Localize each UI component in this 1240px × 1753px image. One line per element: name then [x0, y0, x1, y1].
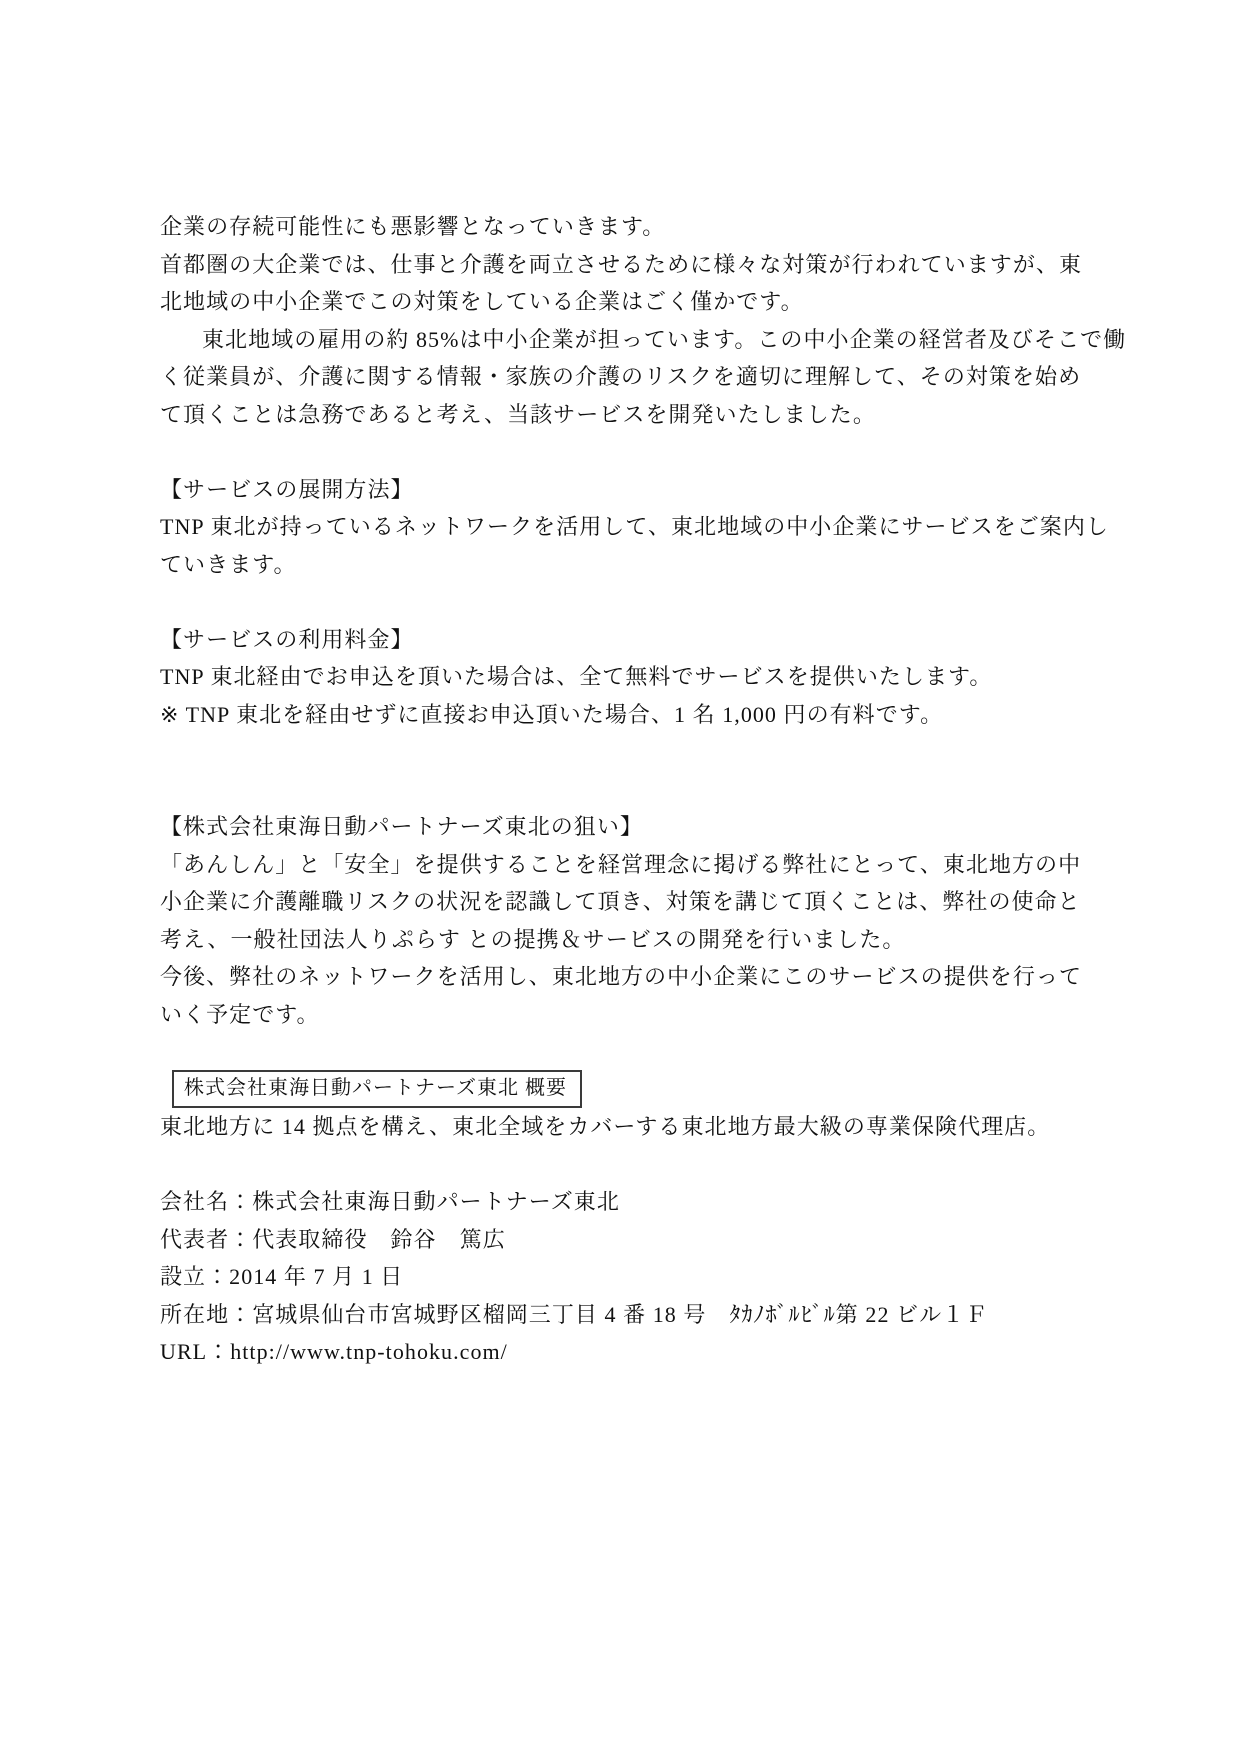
- company-overview-description: 東北地方に 14 拠点を構え、東北全域をカバーする東北地方最大級の専業保険代理店…: [160, 1108, 1110, 1146]
- url-line: URL：http://www.tnp-tohoku.com/: [160, 1333, 1110, 1371]
- section-heading-aim: 【株式会社東海日動パートナーズ東北の狙い】: [160, 808, 1110, 846]
- intro-line: 企業の存続可能性にも悪影響となっていきます。: [160, 208, 1110, 246]
- body-line: TNP 東北が持っているネットワークを活用して、東北地域の中小企業にサービスをご…: [160, 508, 1110, 546]
- blank-line: [160, 771, 1110, 809]
- body-line: 「あんしん」と「安全」を提供することを経営理念に掲げる弊社にとって、東北地方の中: [160, 846, 1110, 884]
- document-page: 企業の存続可能性にも悪影響となっていきます。 首都圏の大企業では、仕事と介護を両…: [0, 0, 1110, 1371]
- company-overview-heading-row: 株式会社東海日動パートナーズ東北 概要: [160, 1071, 1110, 1109]
- blank-line: [160, 1146, 1110, 1184]
- blank-line: [160, 433, 1110, 471]
- body-line: 考え、一般社団法人りぷらす との提携＆サービスの開発を行いました。: [160, 921, 1110, 959]
- establishment-line: 設立：2014 年 7 月 1 日: [160, 1258, 1110, 1296]
- blank-line: [160, 733, 1110, 771]
- blank-line: [160, 1033, 1110, 1071]
- body-line: ※ TNP 東北を経由せずに直接お申込頂いた場合、1 名 1,000 円の有料で…: [160, 696, 1110, 734]
- intro-line: 東北地域の雇用の約 85%は中小企業が担っています。この中小企業の経営者及びそこ…: [160, 321, 1110, 359]
- section-heading-fee: 【サービスの利用料金】: [160, 621, 1110, 659]
- body-line: 今後、弊社のネットワークを活用し、東北地方の中小企業にこのサービスの提供を行って: [160, 958, 1110, 996]
- intro-line: て頂くことは急務であると考え、当該サービスを開発いたしました。: [160, 396, 1110, 434]
- blank-line: [160, 583, 1110, 621]
- intro-line: 首都圏の大企業では、仕事と介護を両立させるために様々な対策が行われていますが、東: [160, 246, 1110, 284]
- body-line: 小企業に介護離職リスクの状況を認識して頂き、対策を講じて頂くことは、弊社の使命と: [160, 883, 1110, 921]
- section-heading-deployment: 【サービスの展開方法】: [160, 471, 1110, 509]
- intro-line: 北地域の中小企業でこの対策をしている企業はごく僅かです。: [160, 283, 1110, 321]
- intro-line: く従業員が、介護に関する情報・家族の介護のリスクを適切に理解して、その対策を始め: [160, 358, 1110, 396]
- body-line: いく予定です。: [160, 996, 1110, 1034]
- address-line: 所在地：宮城県仙台市宮城野区榴岡三丁目 4 番 18 号 ﾀｶﾉﾎﾞﾙﾋﾞﾙ第 …: [160, 1296, 1110, 1334]
- representative-line: 代表者：代表取締役 鈴谷 篤広: [160, 1221, 1110, 1259]
- company-overview-box: 株式会社東海日動パートナーズ東北 概要: [172, 1070, 582, 1108]
- body-line: ていきます。: [160, 546, 1110, 584]
- company-name-line: 会社名：株式会社東海日動パートナーズ東北: [160, 1183, 1110, 1221]
- body-line: TNP 東北経由でお申込を頂いた場合は、全て無料でサービスを提供いたします。: [160, 658, 1110, 696]
